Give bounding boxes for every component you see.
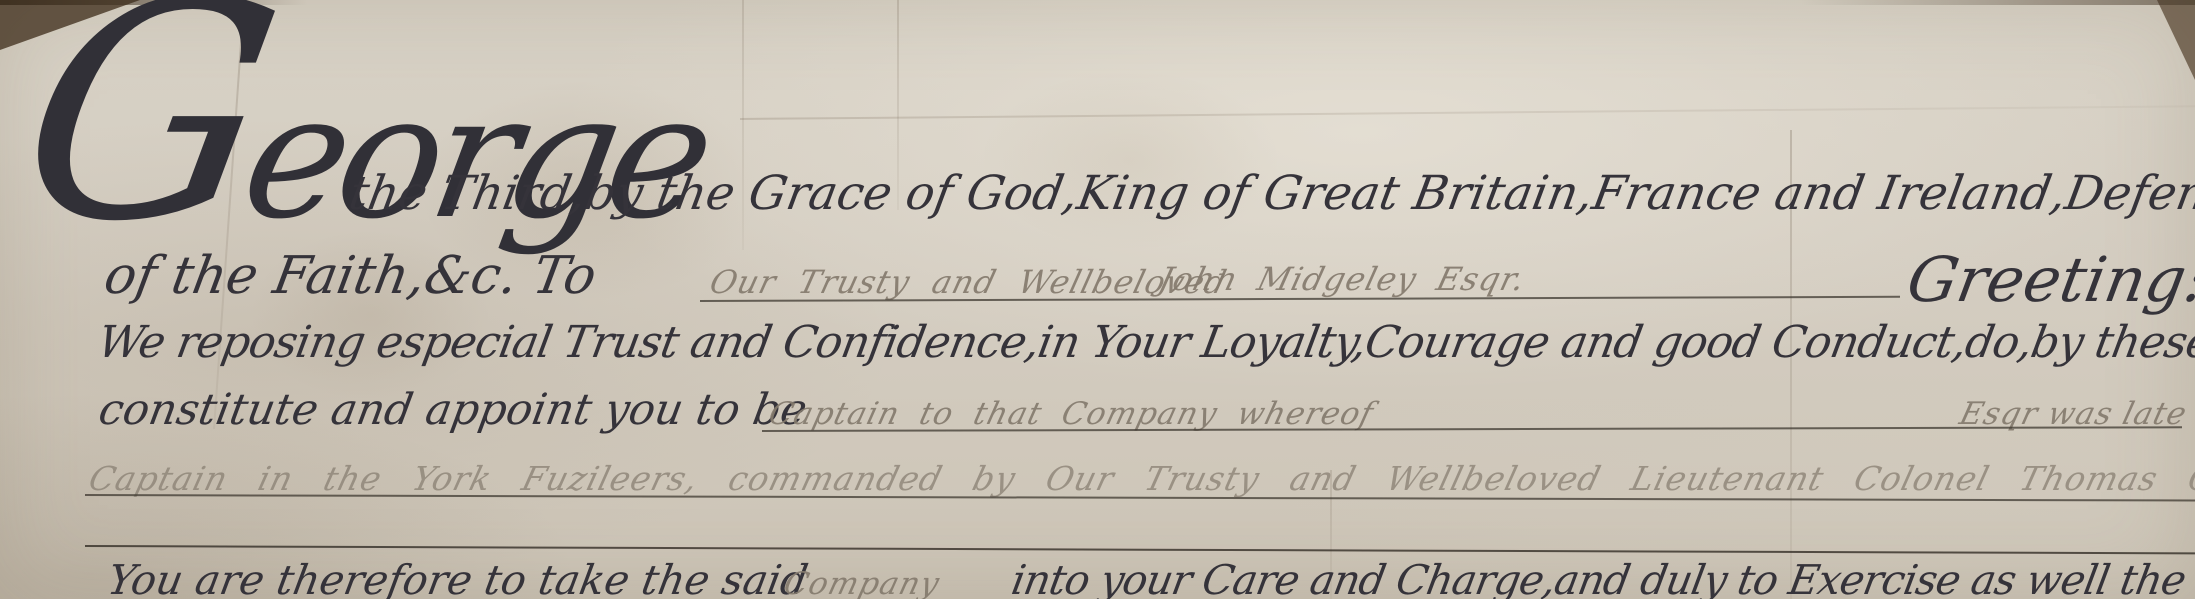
line-care-and-charge: into your Care and Charge,and duly to Ex… <box>1008 556 2195 599</box>
line-constitute-appoint: constitute and appoint you to be <box>95 385 811 435</box>
photograph-background: George the Third,by the Grace of God,Kin… <box>0 0 2195 599</box>
handwritten-recipient-name: John Midgeley Esqr. <box>1155 260 1530 298</box>
handwritten-recipient: Our Trusty and Wellbeloved <box>706 263 1231 301</box>
line-royal-style: the Third,by the Grace of God,King of Gr… <box>345 166 2195 221</box>
line-faith-to: of the Faith,&c. To <box>100 246 601 306</box>
line-therefore-take: You are therefore to take the said <box>104 556 811 599</box>
handwritten-rank: Captain to that Company whereof <box>765 396 1377 432</box>
greeting-word: Greeting: <box>1902 243 2195 316</box>
drop-cap-george: George <box>0 0 741 287</box>
handwritten-unit: Company <box>780 566 944 599</box>
line-trust-confidence: We reposing especial Trust and Confidenc… <box>94 317 2195 368</box>
drop-cap-rest: eorge <box>230 56 720 257</box>
handwritten-regiment-line: Captain in the York Fuzileers, commanded… <box>85 459 2195 498</box>
